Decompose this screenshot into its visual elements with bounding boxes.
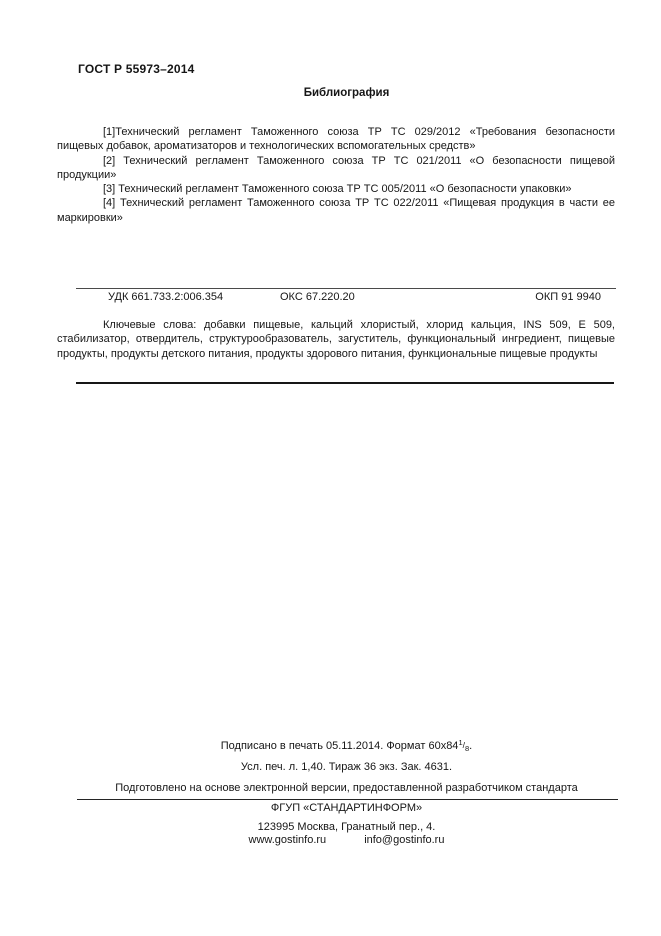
section-title-bibliography: Библиография	[78, 87, 615, 99]
edition-info-line: Усл. печ. л. 1,40. Тираж 36 экз. Зак. 46…	[78, 761, 615, 773]
bibliography-item: [3] Технический регламент Таможенного со…	[57, 182, 615, 196]
format-fraction-denominator: 8	[465, 744, 469, 753]
bibliography-item: [2] Технический регламент Таможенного со…	[57, 154, 615, 183]
udk-code: УДК 661.733.2:006.354	[108, 291, 223, 303]
document-page: ГОСТ Р 55973–2014 Библиография [1]Технич…	[0, 0, 661, 936]
print-info-suffix: .	[469, 740, 472, 752]
bibliography-list: [1]Технический регламент Таможенного сою…	[57, 125, 615, 225]
footer-divider-line	[77, 799, 618, 800]
publisher-address: 123995 Москва, Гранатный пер., 4.	[78, 821, 615, 833]
print-info-prefix: Подписано в печать 05.11.2014. Формат 60…	[221, 740, 459, 752]
publisher-website: www.gostinfo.ru	[249, 834, 327, 846]
publisher-name: ФГУП «СТАНДАРТИНФОРМ»	[78, 802, 615, 814]
publisher-contacts: www.gostinfo.ruinfo@gostinfo.ru	[78, 834, 615, 846]
oks-code: ОКС 67.220.20	[280, 291, 355, 303]
classification-row: УДК 661.733.2:006.354 ОКС 67.220.20 ОКП …	[57, 291, 615, 306]
print-info-line: Подписано в печать 05.11.2014. Формат 60…	[78, 740, 615, 752]
keywords-paragraph: Ключевые слова: добавки пищевые, кальций…	[57, 318, 615, 361]
format-fraction-numerator: 1	[458, 738, 462, 747]
okp-code: ОКП 91 9940	[535, 291, 601, 303]
keywords-bottom-rule	[76, 382, 614, 384]
prepared-by-line: Подготовлено на основе электронной верси…	[78, 782, 615, 794]
publisher-email: info@gostinfo.ru	[364, 834, 444, 846]
bibliography-item: [1]Технический регламент Таможенного сою…	[57, 125, 615, 154]
bibliography-item: [4] Технический регламент Таможенного со…	[57, 196, 615, 225]
classification-divider-line	[76, 288, 616, 289]
standard-number-header: ГОСТ Р 55973–2014	[78, 62, 195, 76]
